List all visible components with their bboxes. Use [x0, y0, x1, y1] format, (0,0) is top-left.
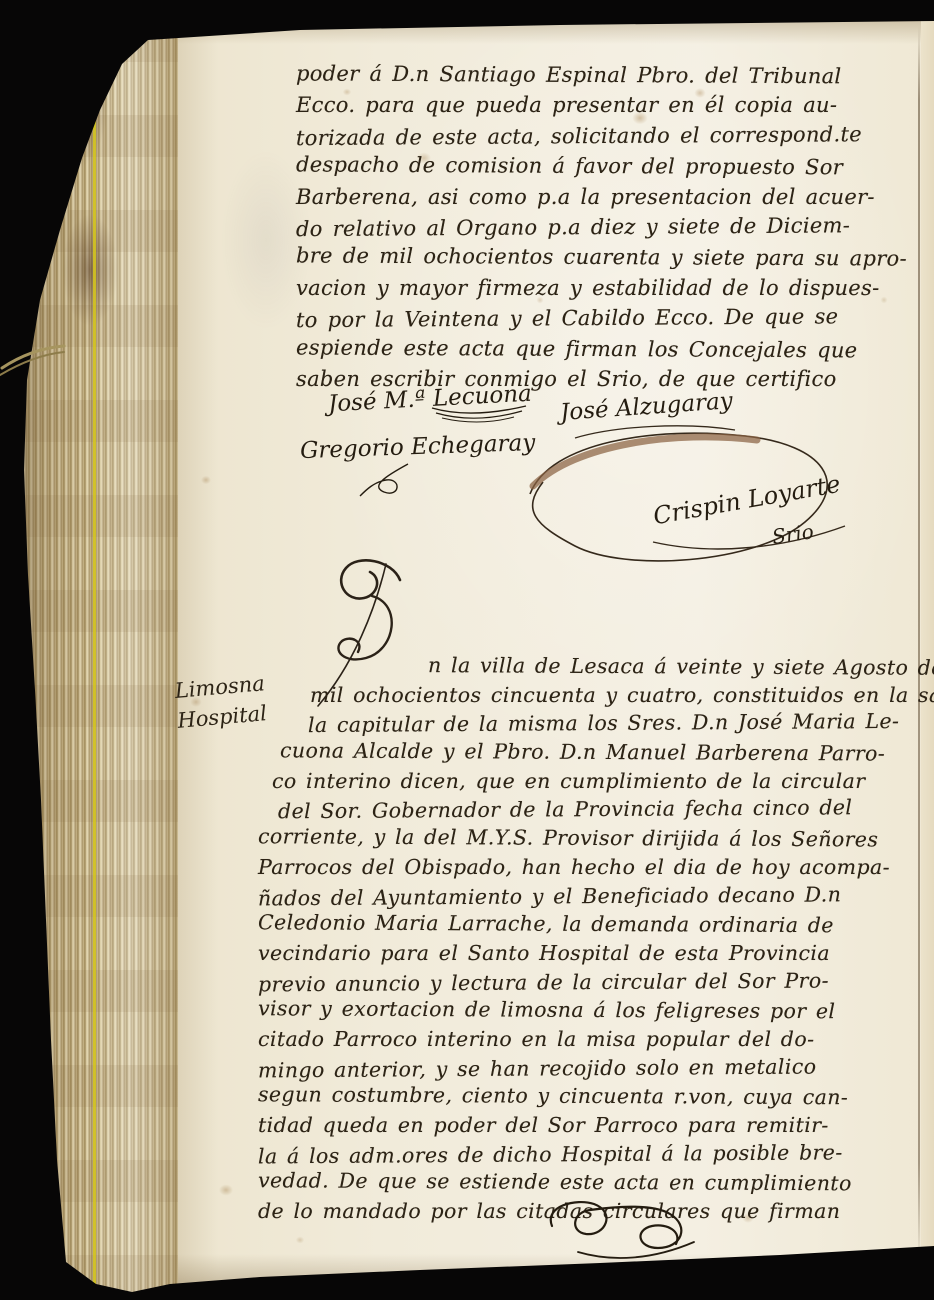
- manuscript-line: to por la Veintena y el Cabildo Ecco. De…: [296, 301, 907, 336]
- page-edges-shading: [14, 20, 178, 1295]
- echegaray-swash-icon: [356, 462, 426, 498]
- yellow-ribbon-edge: [93, 20, 96, 1295]
- scanned-book-photo: poder á D.n Santiago Espinal Pbro. del T…: [0, 0, 934, 1300]
- manuscript-line: Ecco. para que pueda presentar en él cop…: [296, 90, 907, 120]
- act2-paragraph: n la villa de Lesaca á veinte y siete Ag…: [258, 652, 934, 1226]
- manuscript-line: vecindario para el Santo Hospital de est…: [258, 939, 934, 968]
- manuscript-line: do relativo al Organo p.a diez y siete d…: [296, 210, 907, 245]
- manuscript-line: la capitular de la misma los Sres. D.n J…: [258, 707, 934, 741]
- manuscript-line: tidad queda en poder del Sor Parroco par…: [258, 1111, 934, 1140]
- manuscript-line: vedad. De que se estiende este acta en c…: [258, 1167, 934, 1199]
- manuscript-line: del Sor. Gobernador de la Provincia fech…: [258, 793, 934, 827]
- act1-paragraph: poder á D.n Santiago Espinal Pbro. del T…: [296, 60, 907, 394]
- manuscript-line: despacho de comision á favor del propues…: [296, 150, 907, 184]
- manuscript-line: cuona Alcalde y el Pbro. D.n Manuel Barb…: [258, 736, 934, 768]
- manuscript-line: previo anuncio y lectura de la circular …: [258, 965, 934, 999]
- manuscript-line: torizada de este acta, solicitando el co…: [296, 119, 907, 154]
- manuscript-line: co interino dicen, que en cumplimiento d…: [258, 767, 934, 796]
- margin-note: Limosna Hospital: [174, 668, 269, 736]
- manuscript-line: corriente, y la del M.Y.S. Provisor diri…: [258, 822, 934, 854]
- manuscript-line: Parrocos del Obispado, han hecho el dia …: [258, 853, 934, 882]
- manuscript-line: poder á D.n Santiago Espinal Pbro. del T…: [296, 58, 907, 92]
- manuscript-line: bre de mil ochocientos cuarenta y siete …: [296, 241, 907, 275]
- manuscript-line: espiende este acta que firman los Concej…: [296, 332, 907, 366]
- signature-underline-flourish-icon: [430, 404, 530, 424]
- binding-cord: [0, 328, 66, 378]
- closing-swirl-flourish-icon: [542, 1196, 700, 1264]
- manuscript-line: n la villa de Lesaca á veinte y siete Ag…: [258, 650, 934, 682]
- book-page-edges: [14, 20, 178, 1295]
- manuscript-line: ñados del Ayuntamiento y el Beneficiado …: [258, 879, 934, 913]
- manuscript-line: visor y exortacion de limosna á los feli…: [258, 994, 934, 1026]
- manuscript-line: vacion y mayor firmeza y estabilidad de …: [296, 273, 907, 303]
- manuscript-line: segun costumbre, ciento y cincuenta r.vo…: [258, 1081, 934, 1113]
- manuscript-line: mil ochocientos cincuenta y cuatro, cons…: [258, 681, 934, 710]
- manuscript-line: Barberena, asi como p.a la presentacion …: [296, 182, 907, 212]
- manuscript-line: citado Parroco interino en la misa popul…: [258, 1025, 934, 1054]
- manuscript-line: Celedonio Maria Larrache, la demanda ord…: [258, 908, 934, 940]
- manuscript-line: mingo anterior, y se han recojido solo e…: [258, 1051, 934, 1085]
